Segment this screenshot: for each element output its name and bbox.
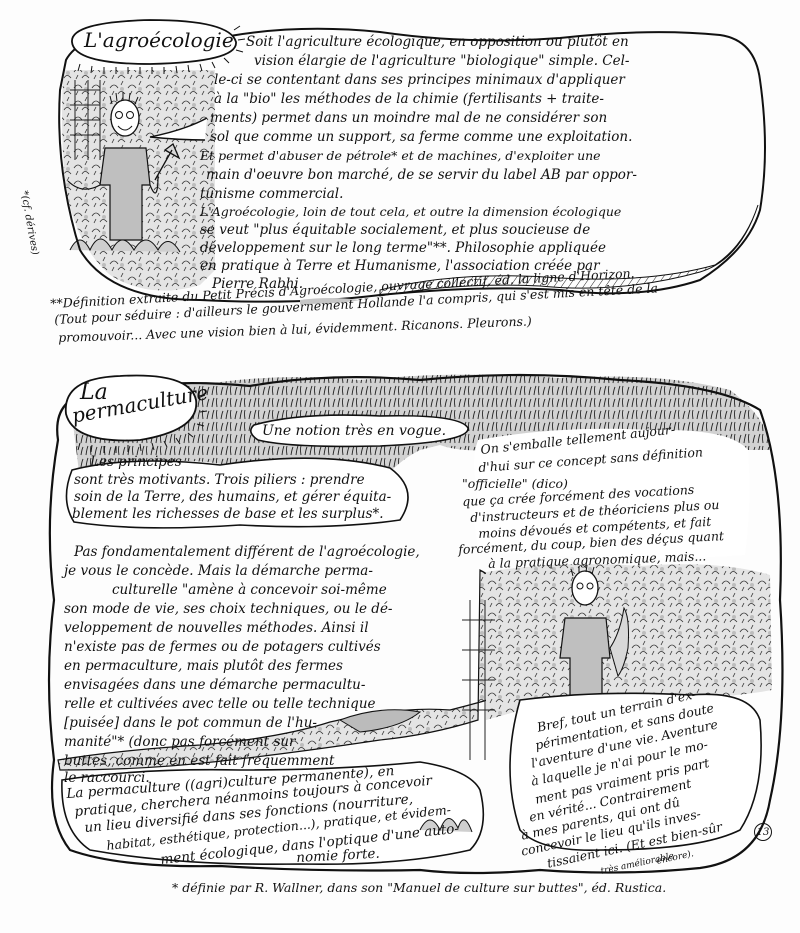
vogue-bubble-text: Une notion très en vogue. bbox=[262, 424, 446, 438]
text-line: blement les richesses de base et les sur… bbox=[72, 508, 384, 522]
text-line: n'existe pas de fermes ou de potagers cu… bbox=[64, 641, 381, 655]
text-line: Pas fondamentalement différent de l'agro… bbox=[74, 546, 420, 560]
text-line: sol que comme un support, sa ferme comme… bbox=[210, 131, 632, 145]
text-line: buttes, comme en est fait fréquemment bbox=[64, 755, 334, 769]
text-line: culturelle "amène à concevoir soi-même bbox=[112, 584, 387, 598]
comic-page: L'agroécologie Soit l'agriculture écolog… bbox=[0, 0, 800, 933]
text-line: tunisme commercial. bbox=[200, 188, 343, 202]
text-line: [puisée] dans le pot commun de l'hu- bbox=[64, 717, 317, 731]
text-line: sont très motivants. Trois piliers : pre… bbox=[74, 474, 365, 488]
text-line: à la "bio" les méthodes de la chimie (fe… bbox=[214, 93, 604, 107]
text-line: en permaculture, mais plutôt des fermes bbox=[64, 660, 343, 674]
text-line: L'Agroécologie, loin de tout cela, et ou… bbox=[200, 206, 621, 219]
text-line: Soit l'agriculture écologique, en opposi… bbox=[246, 36, 629, 50]
text-line: développement sur le long terme"**. Phil… bbox=[200, 242, 606, 256]
panel2-footnote: * définie par R. Wallner, dans son "Manu… bbox=[172, 882, 666, 895]
panel1-title: L'agroécologie bbox=[84, 28, 234, 52]
text-line: soin de la Terre, des humains, et gérer … bbox=[74, 491, 391, 505]
text-line: Et permet d'abuser de pétrole* et de mac… bbox=[200, 150, 601, 163]
text-line: main d'oeuvre bon marché, de se servir d… bbox=[206, 169, 637, 183]
text-line: le-ci se contentant dans ses principes m… bbox=[214, 74, 625, 88]
text-line: relle et cultivées avec telle ou telle t… bbox=[64, 698, 376, 712]
page-number: 13 bbox=[754, 823, 772, 841]
text-line: manité"* (donc pas forcément sur bbox=[64, 736, 295, 750]
text-line: veloppement de nouvelles méthodes. Ainsi… bbox=[64, 622, 369, 636]
text-line: je vous le concède. Mais la démarche per… bbox=[64, 565, 373, 579]
text-line: son mode de vie, ses choix techniques, o… bbox=[64, 603, 393, 617]
text-line: Les principes bbox=[90, 456, 182, 470]
text-line: vision élargie de l'agriculture "biologi… bbox=[254, 55, 630, 69]
text-line: ments) permet dans un moindre mal de ne … bbox=[210, 112, 607, 126]
text-line: se veut "plus équitable socialement, et … bbox=[200, 224, 590, 238]
text-line: envisagées dans une démarche permacultu- bbox=[64, 679, 365, 693]
